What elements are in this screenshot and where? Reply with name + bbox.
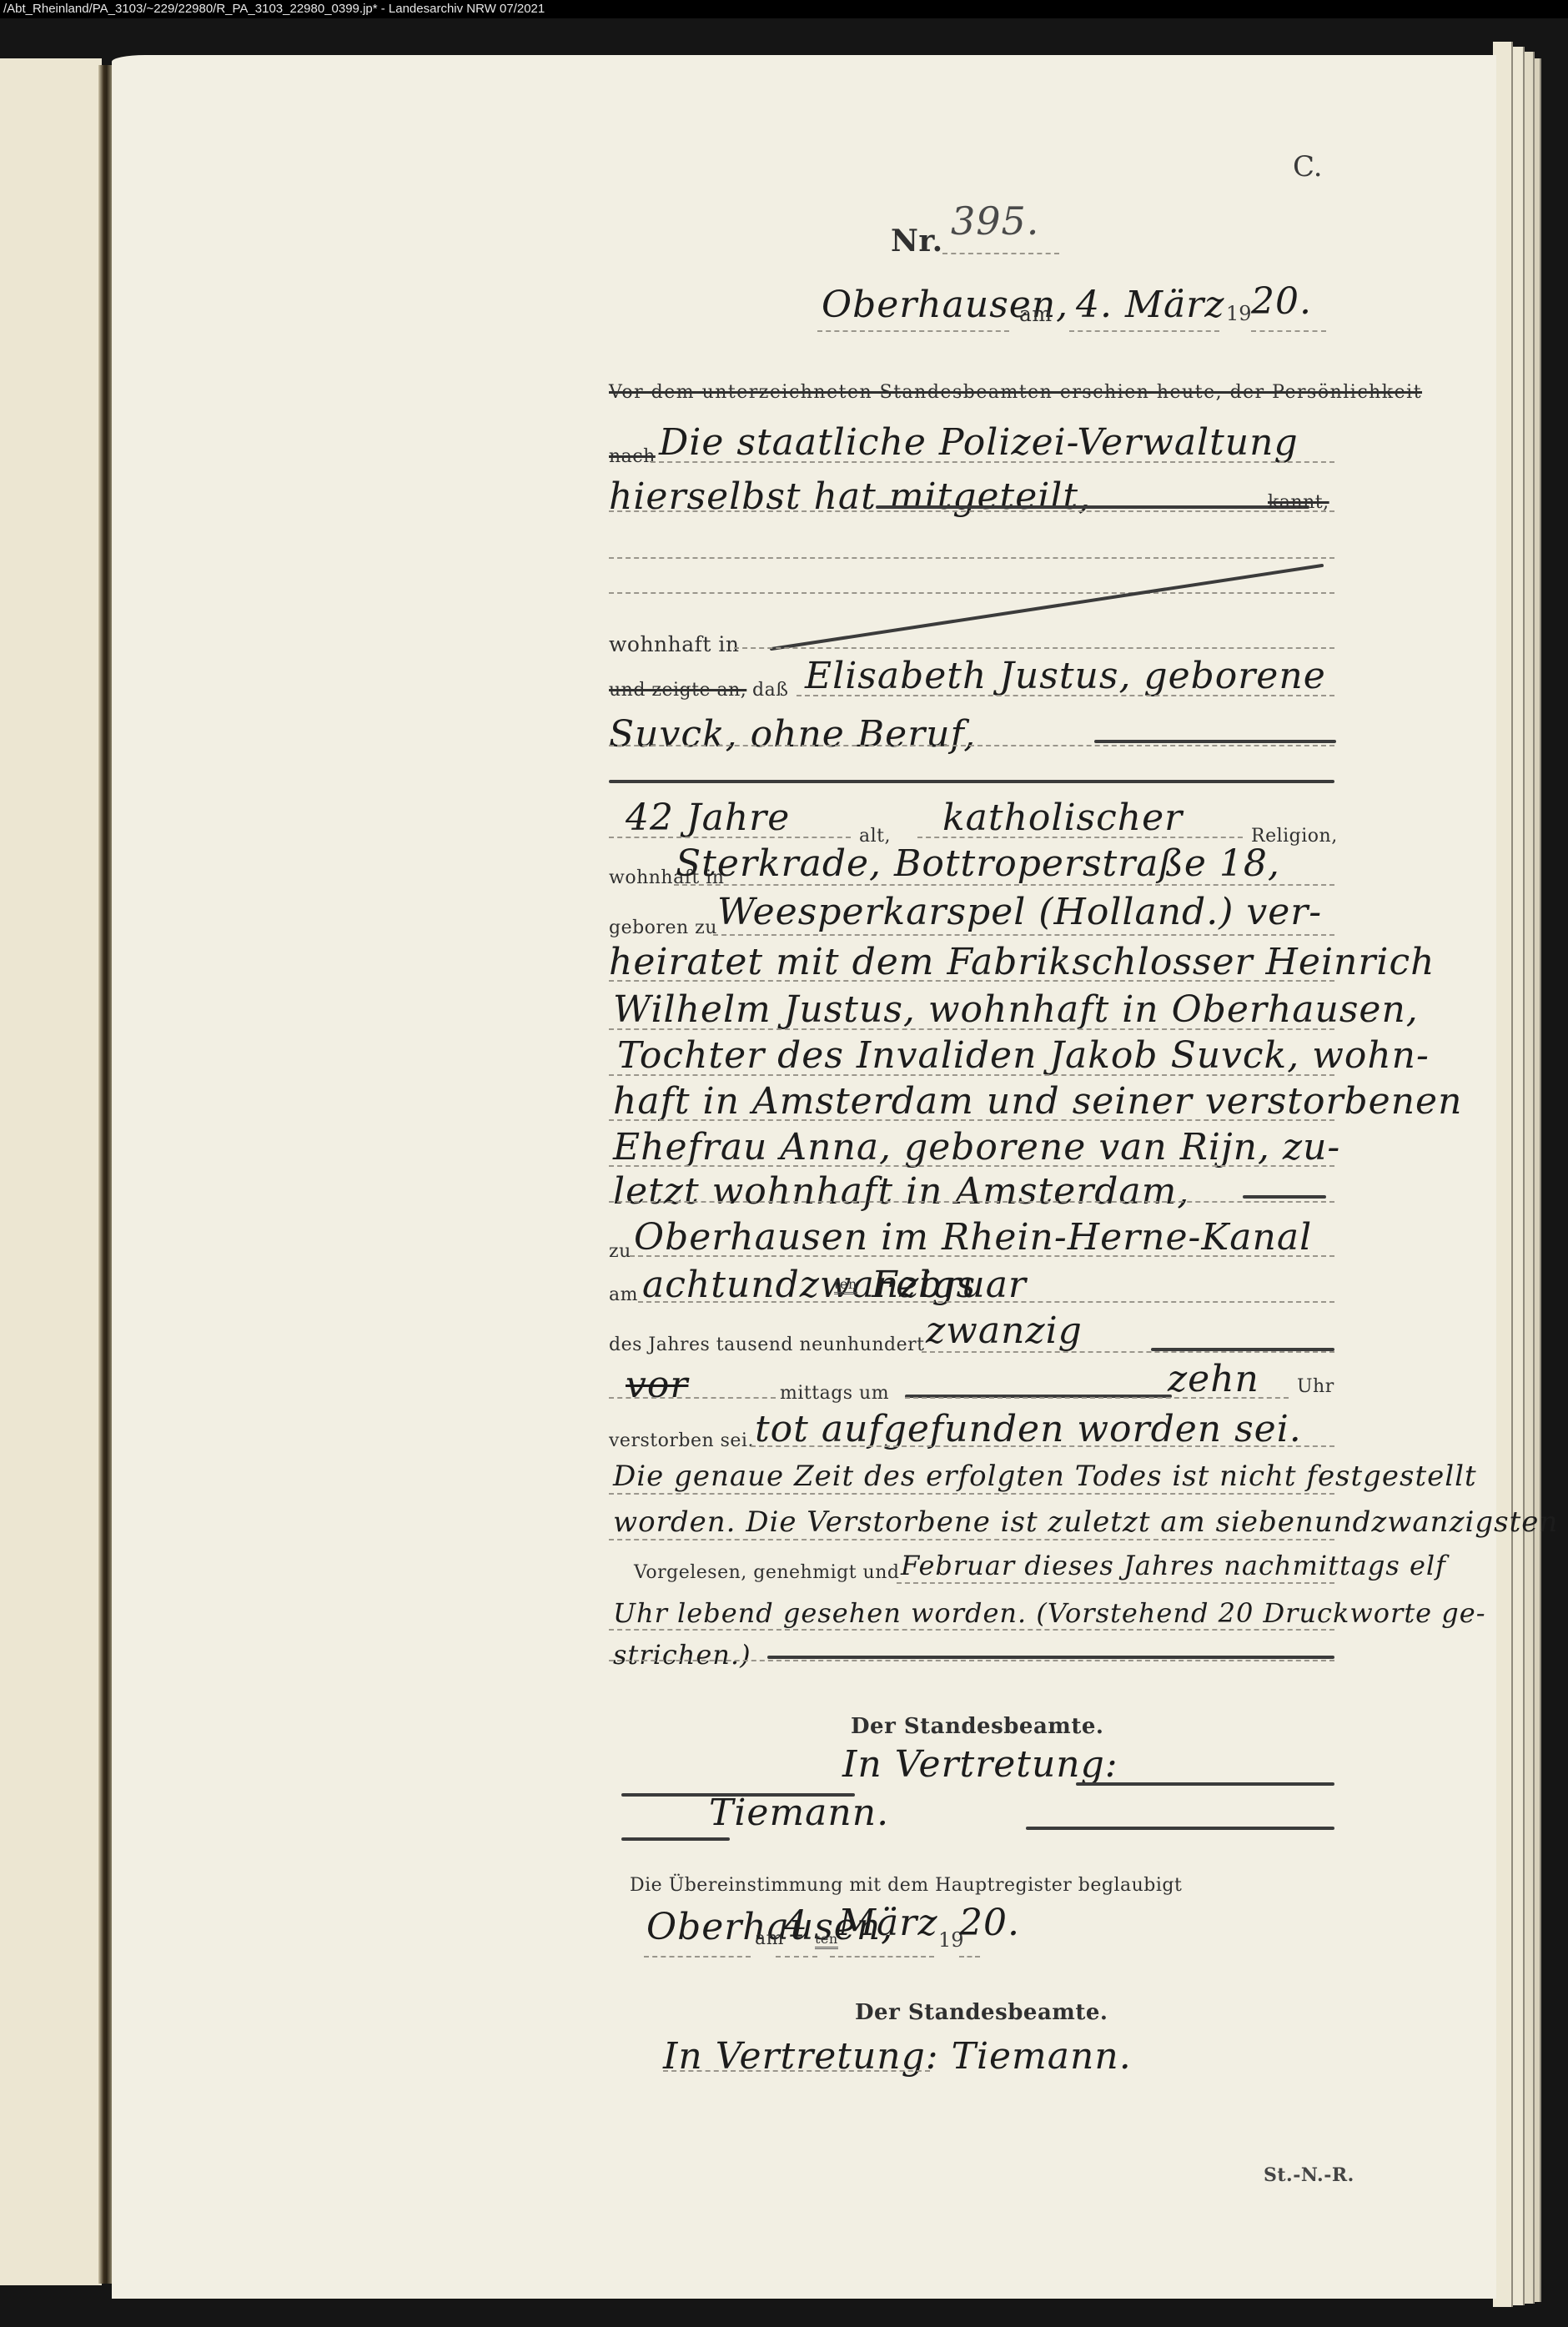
deceased-line-2: Suvck, ohne Beruf, (609, 713, 976, 756)
window-title-bar: /Abt_Rheinland/PA_3103/~229/22980/R_PA_3… (0, 0, 1568, 18)
rule (609, 745, 1334, 746)
rule (663, 2070, 930, 2072)
rule (609, 1028, 1334, 1030)
rule (797, 695, 1334, 696)
struck-und-zeigte-an: und zeigte an, (609, 680, 746, 701)
body-line: heiratet mit dem Fabrikschlosser Heinric… (609, 941, 1435, 983)
rule (609, 1397, 776, 1399)
cert-ten-suffix: ten (815, 1931, 838, 1949)
rule (630, 1255, 1334, 1257)
note-line: Uhr lebend gesehen worden. (Vorstehend 2… (613, 1597, 1486, 1629)
filler-stroke (1094, 740, 1336, 743)
cert-signature-title: Der Standesbeamte. (855, 2000, 1108, 2025)
vorgelesen-label: Vorgelesen, genehmigt und (634, 1562, 899, 1583)
rule (609, 1165, 1334, 1167)
rule (897, 1582, 1334, 1584)
hour-value: zehn (1168, 1358, 1259, 1400)
filler-stroke (1026, 1827, 1334, 1830)
death-year: zwanzig (926, 1309, 1083, 1352)
cert-year-suffix: 20. (959, 1902, 1020, 1944)
uhr-label: Uhr (1297, 1376, 1334, 1397)
verstorben-value: tot aufgefunden worden sei. (755, 1408, 1302, 1450)
wohnhaft-label: wohnhaft in (609, 632, 740, 656)
rule (644, 1956, 751, 1958)
verstorben-label: verstorben sei. (609, 1430, 754, 1451)
rule (922, 1351, 1334, 1353)
note-line: Die genaue Zeit des erfolgten Todes ist … (613, 1460, 1477, 1493)
rule (776, 1956, 817, 1958)
death-month: Februar (872, 1264, 1027, 1306)
rule (713, 934, 1334, 936)
dass-label: daß (752, 680, 788, 701)
rule (959, 1956, 980, 1958)
zu-label: zu (609, 1241, 631, 1262)
cert-month: März (838, 1902, 938, 1944)
rule (905, 1397, 1289, 1399)
am-label: am (609, 1284, 638, 1305)
body-line: letzt wohnhaft in Amsterdam, (613, 1170, 1189, 1213)
born-label: geboren zu (609, 917, 717, 938)
vorgelesen-value: Februar dieses Jahres nachmittags elf (901, 1550, 1446, 1581)
note-line: worden. Die Verstorbene ist zuletzt am s… (613, 1505, 1558, 1539)
rule (609, 1660, 1334, 1661)
filler-stroke (1243, 1195, 1326, 1199)
filler-stroke (1076, 1782, 1334, 1786)
filler-stroke (609, 780, 1334, 783)
religion-value: katholischer (942, 797, 1183, 839)
signature-title: Der Standesbeamte. (851, 1714, 1103, 1739)
rule (609, 1539, 1334, 1540)
rule (609, 837, 851, 838)
filler-stroke (767, 1656, 1334, 1659)
filler-stroke (621, 1837, 730, 1841)
ten-suffix: ten (834, 1276, 857, 1294)
death-place: Oberhausen im Rhein-Herne-Kanal (634, 1216, 1312, 1259)
window-title: /Abt_Rheinland/PA_3103/~229/22980/R_PA_3… (3, 2, 545, 16)
form-code: St.-N.-R. (1264, 2164, 1354, 2186)
rule (609, 1119, 1334, 1121)
born-value: Weesperkarspel (Holland.) ver- (717, 891, 1322, 933)
rule (609, 1493, 1334, 1495)
vor-value: vor (626, 1364, 688, 1406)
cert-am-label: am (755, 1928, 784, 1949)
body-line: Tochter des Invaliden Jakob Suvck, wohn- (617, 1034, 1430, 1077)
year-label: des Jahres tausend neunhundert (609, 1334, 924, 1355)
deceased-line-1: Elisabeth Justus, geborene (805, 655, 1326, 697)
rule (609, 980, 1334, 982)
rule (609, 1201, 1334, 1203)
rule (751, 1445, 1334, 1447)
body-line: haft in Amsterdam und seiner verstorbene… (613, 1080, 1462, 1123)
rule (674, 884, 1334, 886)
body-line: Wilhelm Justus, wohnhaft in Oberhausen, (613, 988, 1419, 1031)
rule (830, 1956, 934, 1958)
rule (734, 647, 1334, 649)
in-vertretung: In Vertretung: (842, 1743, 1118, 1786)
residence-value: Sterkrade, Bottroperstraße 18, (676, 842, 1280, 885)
rule (917, 837, 1243, 838)
cert-day: 4 (784, 1903, 808, 1946)
note-line: strichen.) (613, 1639, 751, 1671)
rule (609, 1629, 1334, 1631)
body-line: Ehefrau Anna, geborene van Rijn, zu- (613, 1126, 1340, 1169)
mittags-label: mittags um (780, 1383, 889, 1404)
official-signature: Tiemann. (709, 1792, 889, 1834)
rule (638, 1301, 1334, 1303)
rule (609, 1074, 1334, 1076)
certification-label: Die Übereinstimmung mit dem Hauptregiste… (630, 1875, 1182, 1896)
age-value: 42 Jahre (626, 797, 790, 839)
